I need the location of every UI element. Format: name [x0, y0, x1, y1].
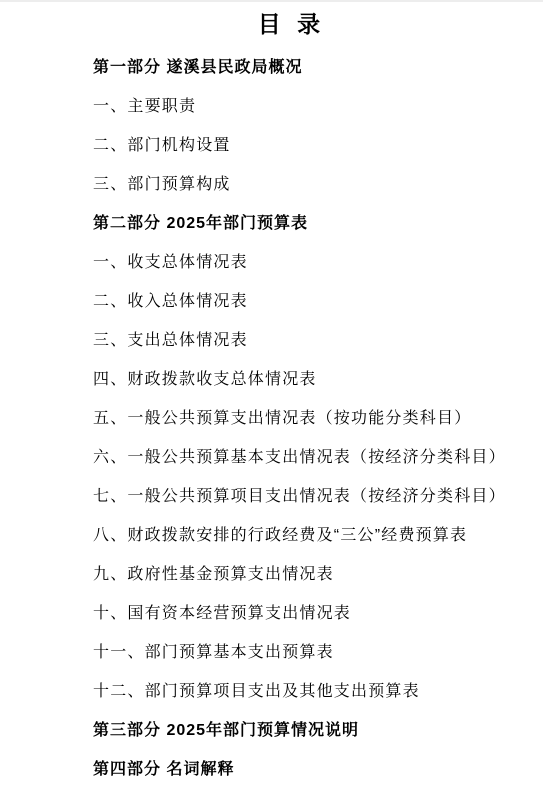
- page-top-edge: [0, 0, 543, 2]
- toc-entry: 六、一般公共预算基本支出情况表（按经济分类科目）: [0, 438, 543, 477]
- toc-entry: 十二、部门预算项目支出及其他支出预算表: [0, 672, 543, 711]
- toc-entry: 八、财政拨款安排的行政经费及“三公”经费预算表: [0, 516, 543, 555]
- toc-entry: 十一、部门预算基本支出预算表: [0, 633, 543, 672]
- toc-entry: 七、一般公共预算项目支出情况表（按经济分类科目）: [0, 477, 543, 516]
- toc-section-heading: 第三部分 2025年部门预算情况说明: [0, 711, 543, 750]
- document-page: 目 录 第一部分 遂溪县民政局概况 一、主要职责 二、部门机构设置 三、部门预算…: [0, 0, 543, 802]
- toc-entry: 一、主要职责: [0, 87, 543, 126]
- toc-entry: 二、部门机构设置: [0, 126, 543, 165]
- toc-entry: 五、一般公共预算支出情况表（按功能分类科目）: [0, 399, 543, 438]
- toc-entry: 二、收入总体情况表: [0, 282, 543, 321]
- toc-entry: 三、部门预算构成: [0, 165, 543, 204]
- toc-entry: 十、国有资本经营预算支出情况表: [0, 594, 543, 633]
- toc-entry: 三、支出总体情况表: [0, 321, 543, 360]
- toc-entry: 九、政府性基金预算支出情况表: [0, 555, 543, 594]
- toc-section-heading: 第四部分 名词解释: [0, 750, 543, 789]
- toc-entry: 一、收支总体情况表: [0, 243, 543, 282]
- table-of-contents: 第一部分 遂溪县民政局概况 一、主要职责 二、部门机构设置 三、部门预算构成 第…: [0, 48, 543, 789]
- toc-section-heading: 第二部分 2025年部门预算表: [0, 204, 543, 243]
- toc-section-heading: 第一部分 遂溪县民政局概况: [0, 48, 543, 87]
- toc-entry: 四、财政拨款收支总体情况表: [0, 360, 543, 399]
- page-title: 目 录: [0, 0, 543, 37]
